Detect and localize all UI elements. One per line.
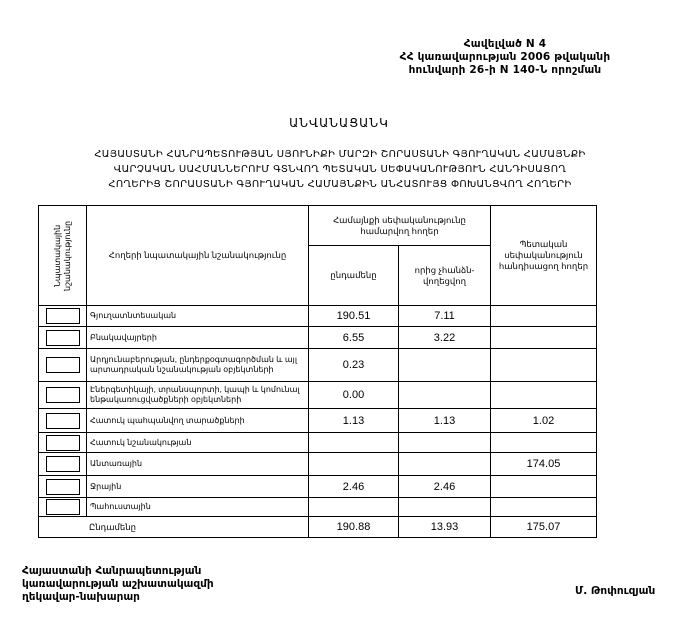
table-row: Պահուստային (39, 498, 597, 517)
code-cell (39, 433, 87, 453)
community-total (309, 498, 399, 517)
appendix-decree: ՀՀ կառավարության 2006 թվականի (380, 51, 630, 64)
state-owned-value (491, 498, 597, 517)
code-cell (39, 306, 87, 327)
header-land-category: Հողերի նպատակային նշանակությունը (87, 206, 309, 306)
subtitle-line: ՀՈՂԵՐԻՑ ՇՈՐԱՍՏԱՆԻ ԳՅՈՒՂԱԿԱՆ ՀԱՄԱՅՆՔԻՆ ԱՆ… (40, 177, 640, 192)
code-box (46, 435, 80, 451)
community-of-which: 2.46 (399, 476, 491, 498)
code-cell (39, 409, 87, 433)
community-total: 190.51 (309, 306, 399, 327)
code-cell (39, 476, 87, 498)
state-owned-value (491, 382, 597, 409)
community-total (309, 453, 399, 476)
state-owned-value: 174.05 (491, 453, 597, 476)
community-total: 6.55 (309, 327, 399, 349)
community-of-which (399, 433, 491, 453)
community-total: 2.46 (309, 476, 399, 498)
state-owned-value: 1.02 (491, 409, 597, 433)
table-row: Հատուկ նշանակության (39, 433, 597, 453)
totals-row: Ընդամենը 190.88 13.93 175.07 (39, 517, 597, 538)
subtitle-line: ՎԱՐՉԱԿԱՆ ՍԱՀՄԱՆՆԵՐՈՒՄ ԳՏՆՎՈՂ ՊԵՏԱԿԱՆ ՍԵՓ… (40, 162, 640, 177)
totals-of-which: 13.93 (399, 517, 491, 538)
header-community: Համայնքի սեփականությունը համարվող հողեր (309, 206, 491, 246)
header-purpose: Նպատակային նշանակությունը (39, 206, 87, 306)
category-name: Պահուստային (87, 498, 309, 517)
community-total: 1.13 (309, 409, 399, 433)
category-name: Արդյունաբերության, ընդերքօգտագործման և ա… (87, 349, 309, 382)
code-cell (39, 498, 87, 517)
community-of-which: 3.22 (399, 327, 491, 349)
code-cell (39, 382, 87, 409)
table-row: Հատուկ պահպանվող տարածքների1.131.131.02 (39, 409, 597, 433)
header-purpose-text: Նպատակային նշանակությունը (53, 211, 73, 301)
code-cell (39, 327, 87, 349)
table-row: Բնակավայրերի6.553.22 (39, 327, 597, 349)
appendix-date: հունվարի 26-ի N 140-Ն որոշման (380, 64, 630, 77)
category-name: Գյուղատնտեսական (87, 306, 309, 327)
community-of-which: 7.11 (399, 306, 491, 327)
state-owned-value (491, 476, 597, 498)
code-box (46, 330, 80, 346)
appendix-header: Հավելված N 4 ՀՀ կառավարության 2006 թվակա… (380, 38, 630, 77)
community-of-which: 1.13 (399, 409, 491, 433)
table-row: Անտառային174.05 (39, 453, 597, 476)
signatory-line: Հայաստանի Հանրապետության (22, 565, 214, 578)
state-owned-value (491, 306, 597, 327)
community-of-which (399, 453, 491, 476)
table-row: Էներգետիկայի, տրանսպորտի, կապի և կոմունա… (39, 382, 597, 409)
subtitle-line: ՀԱՅԱՍՏԱՆԻ ՀԱՆՐԱՊԵՏՈՒԹՅԱՆ ՍՅՈՒՆԻՔԻ ՄԱՐԶԻ … (40, 147, 640, 162)
community-of-which (399, 498, 491, 517)
category-name: Անտառային (87, 453, 309, 476)
category-name: Հատուկ պահպանվող տարածքների (87, 409, 309, 433)
table-row: Ջրային2.462.46 (39, 476, 597, 498)
appendix-number: Հավելված N 4 (380, 38, 630, 51)
category-name: Հատուկ նշանակության (87, 433, 309, 453)
code-box (46, 357, 80, 373)
table-row: Գյուղատնտեսական190.517.11 (39, 306, 597, 327)
signatory-title: Հայաստանի Հանրապետության կառավարության ա… (22, 565, 214, 604)
code-box (46, 456, 80, 472)
document-title: ԱՆՎԱՆԱՑԱՆԿ (0, 116, 678, 130)
code-box (46, 499, 80, 515)
document-subtitle: ՀԱՅԱՍՏԱՆԻ ՀԱՆՐԱՊԵՏՈՒԹՅԱՆ ՍՅՈՒՆԻՔԻ ՄԱՐԶԻ … (40, 147, 640, 192)
code-box (46, 387, 80, 403)
community-total: 0.23 (309, 349, 399, 382)
totals-total: 190.88 (309, 517, 399, 538)
signature-name: Մ. Թոփուզյան (575, 585, 655, 597)
signatory-line: ղեկավար-նախարար (22, 591, 214, 604)
signatory-line: կառավարության աշխատակազմի (22, 578, 214, 591)
code-cell (39, 453, 87, 476)
header-total: ընդամենը (309, 246, 399, 306)
state-owned-value (491, 327, 597, 349)
community-of-which (399, 349, 491, 382)
state-owned-value (491, 433, 597, 453)
code-box (46, 479, 80, 495)
totals-state: 175.07 (491, 517, 597, 538)
community-total: 0.00 (309, 382, 399, 409)
code-box (46, 308, 80, 324)
code-box (46, 413, 80, 429)
category-name: Բնակավայրերի (87, 327, 309, 349)
land-table: Նպատակային նշանակությունը Հողերի նպատակա… (38, 205, 597, 538)
totals-label: Ընդամենը (39, 517, 309, 538)
category-name: Ջրային (87, 476, 309, 498)
header-of-which: որից չհանձն-վողեցվող (399, 246, 491, 306)
code-cell (39, 349, 87, 382)
category-name: Էներգետիկայի, տրանսպորտի, կապի և կոմունա… (87, 382, 309, 409)
community-of-which (399, 382, 491, 409)
state-owned-value (491, 349, 597, 382)
table-row: Արդյունաբերության, ընդերքօգտագործման և ա… (39, 349, 597, 382)
header-state-owned: Պետական սեփականություն հանդիսացող հողեր (491, 206, 597, 306)
community-total (309, 433, 399, 453)
